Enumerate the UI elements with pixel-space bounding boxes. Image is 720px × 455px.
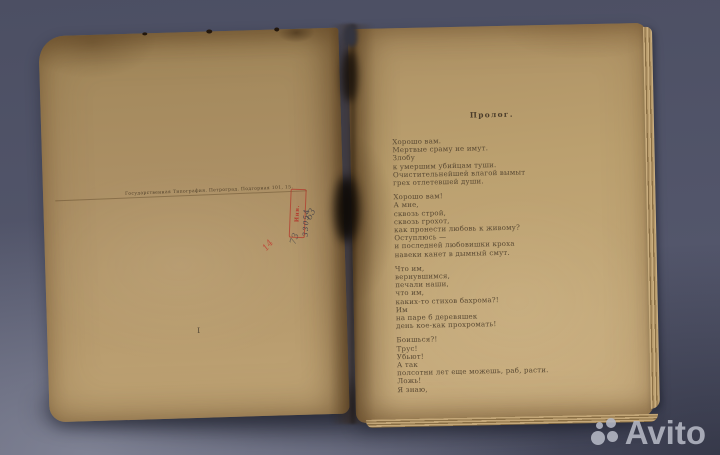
avito-logo-icon: [591, 418, 620, 448]
stanza: Хорошо вам!А мне,сквозь строй,сквозь гро…: [393, 190, 546, 259]
stanza: Хорошо вам.Мертвые сраму не имут.Злобук …: [392, 135, 544, 187]
spine-stain-top: [342, 50, 357, 102]
avito-dot-icon: [591, 431, 605, 445]
right-page: Пролог. Хорошо вам.Мертвые сраму не имут…: [348, 23, 654, 423]
photo-old-book: Государственная Типография. Петроград. П…: [0, 0, 720, 455]
stacked-page-edges-right: [643, 27, 660, 409]
page-number: I: [197, 326, 200, 335]
avito-dot-icon: [606, 418, 616, 428]
avito-dot-icon: [596, 422, 603, 429]
edge-damage-speck: [142, 32, 147, 35]
spine-gap: [344, 25, 357, 47]
poem-line: грех отлетевшей души.: [393, 176, 545, 187]
edge-damage-speck: [206, 29, 212, 33]
poem-line: день кое-как прохромать!: [396, 319, 548, 330]
pencil-mark: 73: [289, 232, 302, 246]
inventory-stamp-label: Инв.: [294, 205, 301, 223]
edge-damage-speck: [274, 27, 279, 31]
poem-title: Пролог.: [350, 107, 634, 122]
stanza: Что им,вернувшимся,печали наши,что им,ка…: [395, 262, 548, 331]
poem: Хорошо вам.Мертвые сраму не имут.Злобук …: [392, 135, 549, 400]
avito-wordmark: Avito: [625, 416, 706, 449]
left-page: Государственная Типография. Петроград. П…: [38, 28, 349, 423]
spine-stain-middle: [335, 176, 358, 242]
avito-dot-icon: [607, 431, 618, 442]
avito-watermark: Avito: [591, 416, 706, 449]
red-pencil-mark: 14: [261, 238, 276, 253]
stanza: Боишься?!Трус!Убьют!А такполсотни лет ещ…: [396, 334, 549, 395]
